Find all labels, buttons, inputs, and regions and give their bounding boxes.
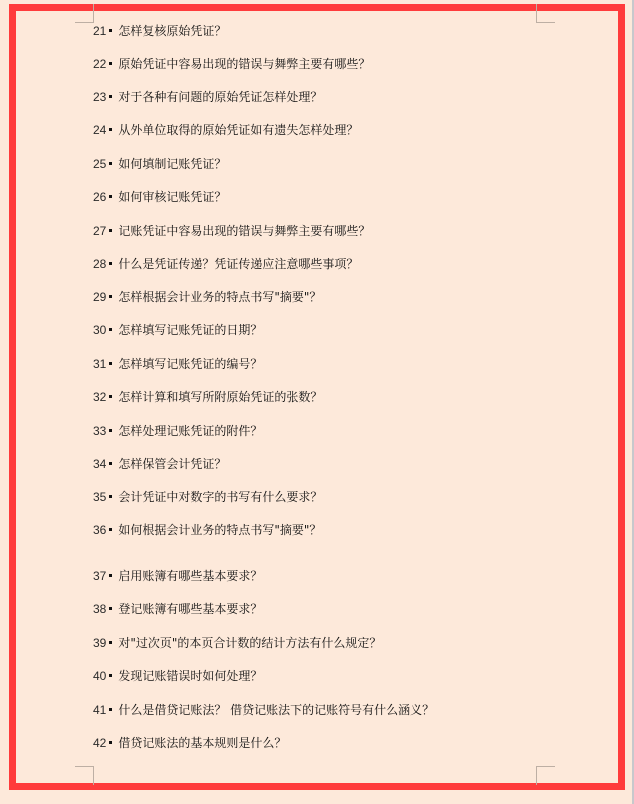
question-item: 22原始凭证中容易出现的错误与舞弊主要有哪些？ xyxy=(93,57,370,71)
bullet-dot xyxy=(109,162,112,165)
question-item: 34怎样保管会计凭证？ xyxy=(93,457,226,471)
crop-mark-bottom-right xyxy=(536,766,555,767)
crop-mark-bottom-left xyxy=(75,766,94,767)
bullet-dot xyxy=(109,574,112,577)
question-text: 如何填制记账凭证？ xyxy=(118,157,226,171)
question-item: 27记账凭证中容易出现的错误与舞弊主要有哪些？ xyxy=(93,224,370,238)
question-number: 21 xyxy=(93,24,106,38)
question-text: 启用账簿有哪些基本要求？ xyxy=(118,569,262,583)
bullet-dot xyxy=(109,195,112,198)
question-item: 21怎样复核原始凭证？ xyxy=(93,24,226,38)
question-text: 借贷记账法的基本规则是什么？ xyxy=(118,736,286,750)
bullet-dot xyxy=(109,462,112,465)
question-item: 41什么是借贷记账法？ 借贷记账法下的记账符号有什么涵义？ xyxy=(93,703,434,717)
bullet-dot xyxy=(109,607,112,610)
question-item: 25如何填制记账凭证？ xyxy=(93,157,226,171)
bullet-dot xyxy=(109,429,112,432)
question-item: 42借贷记账法的基本规则是什么？ xyxy=(93,736,286,750)
bullet-dot xyxy=(109,395,112,398)
question-item: 24从外单位取得的原始凭证如有遗失怎样处理？ xyxy=(93,123,358,137)
question-text: 什么是借贷记账法？ 借贷记账法下的记账符号有什么涵义？ xyxy=(118,703,434,717)
bullet-dot xyxy=(109,641,112,644)
question-item: 36如何根据会计业务的特点书写"摘要"？ xyxy=(93,523,321,537)
question-number: 22 xyxy=(93,57,106,71)
crop-mark-top-left xyxy=(75,22,94,23)
question-number: 41 xyxy=(93,703,106,717)
question-number: 31 xyxy=(93,357,106,371)
bullet-dot xyxy=(109,674,112,677)
question-text: 对"过次页"的本页合计数的结计方法有什么规定？ xyxy=(118,636,381,650)
question-item: 37启用账簿有哪些基本要求？ xyxy=(93,569,262,583)
question-number: 32 xyxy=(93,390,106,404)
question-item: 29怎样根据会计业务的特点书写"摘要"？ xyxy=(93,290,321,304)
question-text: 记账凭证中容易出现的错误与舞弊主要有哪些？ xyxy=(118,224,370,238)
question-text: 怎样计算和填写所附原始凭证的张数？ xyxy=(118,390,322,404)
question-item: 39对"过次页"的本页合计数的结计方法有什么规定？ xyxy=(93,636,381,650)
question-text: 怎样根据会计业务的特点书写"摘要"？ xyxy=(118,290,321,304)
bullet-dot xyxy=(109,262,112,265)
question-text: 怎样复核原始凭证？ xyxy=(118,24,226,38)
bullet-dot xyxy=(109,328,112,331)
question-number: 39 xyxy=(93,636,106,650)
bullet-dot xyxy=(109,95,112,98)
crop-mark-top-left xyxy=(93,4,94,23)
question-number: 37 xyxy=(93,569,106,583)
question-item: 35会计凭证中对数字的书写有什么要求？ xyxy=(93,490,322,504)
question-item: 38登记账簿有哪些基本要求？ xyxy=(93,602,262,616)
crop-mark-top-right xyxy=(536,22,555,23)
crop-mark-bottom-right xyxy=(536,766,537,785)
crop-mark-bottom-left xyxy=(93,766,94,785)
question-number: 33 xyxy=(93,424,106,438)
bullet-dot xyxy=(109,62,112,65)
bullet-dot xyxy=(109,128,112,131)
question-number: 40 xyxy=(93,669,106,683)
bullet-dot xyxy=(109,741,112,744)
question-number: 42 xyxy=(93,736,106,750)
question-number: 35 xyxy=(93,490,106,504)
question-item: 30怎样填写记账凭证的日期？ xyxy=(93,323,262,337)
question-item: 33怎样处理记账凭证的附件？ xyxy=(93,424,262,438)
question-text: 登记账簿有哪些基本要求？ xyxy=(118,602,262,616)
question-item: 32怎样计算和填写所附原始凭证的张数？ xyxy=(93,390,322,404)
question-text: 什么是凭证传递？凭证传递应注意哪些事项？ xyxy=(118,257,358,271)
question-number: 38 xyxy=(93,602,106,616)
question-text: 怎样填写记账凭证的编号？ xyxy=(118,357,262,371)
question-number: 28 xyxy=(93,257,106,271)
bullet-dot xyxy=(109,528,112,531)
bullet-dot xyxy=(109,229,112,232)
question-text: 怎样处理记账凭证的附件？ xyxy=(118,424,262,438)
question-text: 如何根据会计业务的特点书写"摘要"？ xyxy=(118,523,321,537)
question-item: 28什么是凭证传递？凭证传递应注意哪些事项？ xyxy=(93,257,358,271)
question-text: 对于各种有问题的原始凭证怎样处理？ xyxy=(118,90,322,104)
question-text: 怎样填写记账凭证的日期？ xyxy=(118,323,262,337)
question-item: 26如何审核记账凭证？ xyxy=(93,190,226,204)
question-number: 27 xyxy=(93,224,106,238)
bullet-dot xyxy=(109,495,112,498)
question-item: 40发现记账错误时如何处理？ xyxy=(93,669,262,683)
question-text: 从外单位取得的原始凭证如有遗失怎样处理？ xyxy=(118,123,358,137)
crop-mark-top-right xyxy=(536,4,537,23)
question-number: 23 xyxy=(93,90,106,104)
question-number: 26 xyxy=(93,190,106,204)
bullet-dot xyxy=(109,29,112,32)
question-number: 36 xyxy=(93,523,106,537)
question-text: 原始凭证中容易出现的错误与舞弊主要有哪些？ xyxy=(118,57,370,71)
question-number: 34 xyxy=(93,457,106,471)
question-text: 发现记账错误时如何处理？ xyxy=(118,669,262,683)
bullet-dot xyxy=(109,295,112,298)
bullet-dot xyxy=(109,708,112,711)
question-number: 30 xyxy=(93,323,106,337)
question-number: 24 xyxy=(93,123,106,137)
question-text: 会计凭证中对数字的书写有什么要求？ xyxy=(118,490,322,504)
bullet-dot xyxy=(109,362,112,365)
question-text: 怎样保管会计凭证？ xyxy=(118,457,226,471)
question-item: 23对于各种有问题的原始凭证怎样处理？ xyxy=(93,90,322,104)
question-number: 29 xyxy=(93,290,106,304)
question-text: 如何审核记账凭证？ xyxy=(118,190,226,204)
question-item: 31怎样填写记账凭证的编号？ xyxy=(93,357,262,371)
question-number: 25 xyxy=(93,157,106,171)
